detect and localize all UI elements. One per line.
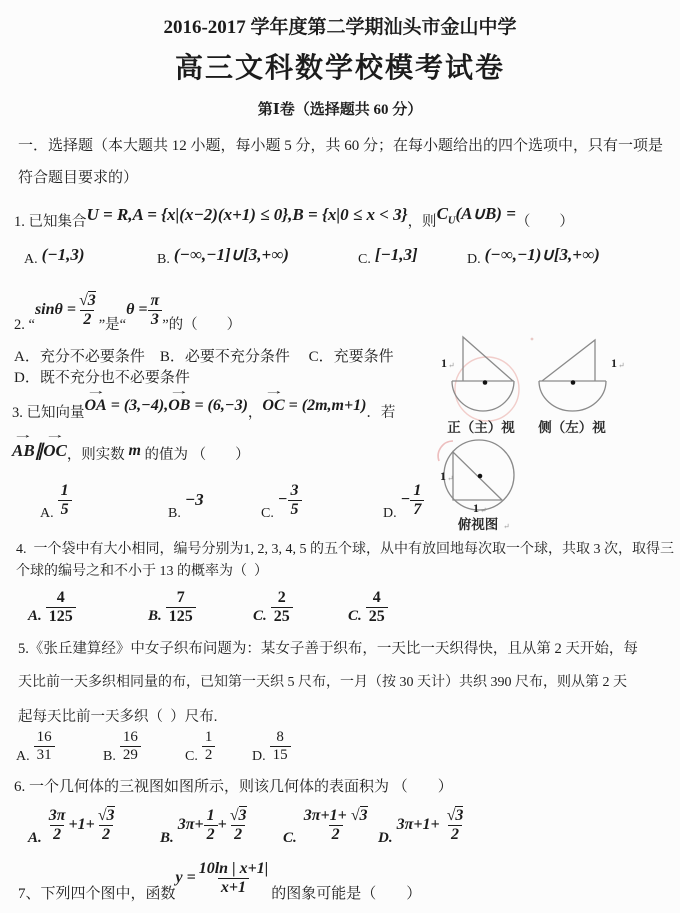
q5-option-a: A. 1631 xyxy=(16,727,55,765)
return-mark: ↵ xyxy=(503,522,510,531)
q1-set-formula: U = R,A = {x|(x−2)(x+1) ≤ 0},B = {x|0 ≤ … xyxy=(87,205,408,225)
three-view-svg: 1 ↵ 正（主）视 1 ↵ 侧（左）视 1 ↵ 1 ↵ 俯视图 ↵ xyxy=(432,328,644,540)
question-1-stem: 1. 已知集合 U = R,A = {x|(x−2)(x+1) ≤ 0},B =… xyxy=(14,198,574,232)
q6-option-b: B. 3π+ 12 + √32 xyxy=(160,803,250,847)
front-view-triangle xyxy=(463,337,513,381)
q6-option-d: D. 3π+1+ √32 xyxy=(378,803,466,847)
q2-theta-lhs: θ = xyxy=(126,301,147,319)
q5-option-b: B. 1629 xyxy=(103,727,141,765)
q4-option-c: C. 225 xyxy=(253,589,293,625)
question-3-stem: 3. 已知向量 →OA = (3,−4), →OB = (6,−3) ， →OC… xyxy=(12,389,395,423)
q7-lhs: y = xyxy=(176,869,196,887)
q5-option-d: D. 815 xyxy=(252,727,291,765)
q7-suffix: 的图象可能是（ ） xyxy=(271,882,421,904)
q3-variable-m: m xyxy=(128,442,140,460)
question-5-line3: 起每天比前一天多织（ ）尺布. xyxy=(18,705,217,726)
q4-option-b: B. 7125 xyxy=(148,589,196,625)
q3-parallel-formula: →AB∥→OC xyxy=(12,441,67,461)
radical-sign: √ xyxy=(351,807,360,824)
top-view-dim-left: 1 xyxy=(440,469,446,483)
q2-suffix: ”的（ ） xyxy=(162,313,241,335)
pen-mark-dot xyxy=(531,338,534,341)
section-heading: 第Ⅰ卷（选择题共 60 分） xyxy=(0,98,680,119)
question-6-options: A. 3π2 +1+ √32 B. 3π+ 12 + √32 C. 3π+1+ … xyxy=(0,803,680,847)
q1-subscript-u: U xyxy=(448,215,456,226)
q1-option-c: C.[−1,3] xyxy=(358,242,418,268)
q3-option-a: A. 15 xyxy=(40,478,72,522)
q2-prefix: 2. “ xyxy=(14,317,35,335)
vector-arrow-icon: → xyxy=(45,431,66,441)
q3-line2-text2: 的值为 （ ） xyxy=(141,443,250,464)
q2-mid: ”是“ xyxy=(99,313,126,335)
q3-option-c: C. − 35 xyxy=(261,478,302,522)
radical-sign: √ xyxy=(98,807,107,824)
q3-line2-text1: ，则实数 xyxy=(67,443,129,464)
front-view-label: 正（主）视 xyxy=(447,419,515,435)
q3-vector-oa: →OA = (3,−4), xyxy=(85,397,169,415)
q1-answer-paren: （ ） xyxy=(516,210,574,232)
top-view-label: 俯视图 xyxy=(458,516,499,532)
question-5-options: A. 1631 B. 1629 C. 12 D. 815 xyxy=(0,727,680,765)
question-2-options-line2: D．既不充分也不必要条件 xyxy=(14,366,190,387)
side-view-center-dot xyxy=(571,380,576,385)
q6-option-a: A. 3π2 +1+ √32 xyxy=(28,803,118,847)
question-6-stem: 6. 一个几何体的三视图如图所示，则该几何体的表面积为 （ ） xyxy=(14,775,453,796)
side-view-semicircle xyxy=(539,381,606,411)
q1-option-d: D.(−∞,−1)∪[3,+∞) xyxy=(467,242,600,268)
question-7-stem: 7、下列四个图中，函数 y = 10ln | x+1| x+1 的图象可能是（ … xyxy=(18,852,421,904)
q2-sin-lhs: sinθ = xyxy=(35,301,76,319)
q1-option-a: A.(−1,3) xyxy=(24,242,85,268)
q3-option-b: B. −3 xyxy=(168,478,204,522)
question-3-line2: →AB∥→OC ，则实数 m 的值为 （ ） xyxy=(12,439,250,463)
question-5-line2: 天比前一天多织相同量的布，已知第一天织 5 尺布，一月（按 30 天计）共织 3… xyxy=(18,671,627,691)
top-view-triangle xyxy=(453,452,502,500)
vector-arrow-icon: → xyxy=(169,387,190,397)
vector-arrow-icon: → xyxy=(263,387,284,397)
return-mark: ↵ xyxy=(447,474,454,483)
return-mark: ↵ xyxy=(448,361,455,370)
side-view-dim-label: 1 xyxy=(611,356,617,370)
side-view-triangle xyxy=(542,340,595,381)
q1-option-b: B.(−∞,−1]∪[3,+∞) xyxy=(157,242,289,268)
question-4-line2: 个球的编号之和不小于 13 的概率为（ ） xyxy=(16,560,268,580)
q1-mid: ，则 xyxy=(408,210,437,232)
instructions-line1: 一．选择题（本大题共 12 小题，每小题 5 分，共 60 分；在每小题给出的四… xyxy=(18,134,663,155)
top-view-dim-bottom: 1 xyxy=(473,501,479,515)
q1-complement-formula: CU(A∪B) = xyxy=(437,204,516,226)
q5-option-c: C. 12 xyxy=(185,727,215,765)
q3-post: ．若 xyxy=(366,401,395,423)
side-view-label: 侧（左）视 xyxy=(538,419,606,435)
q4-option-d: C. 425 xyxy=(348,589,388,625)
vector-arrow-icon: → xyxy=(13,431,34,441)
radical-sign: √ xyxy=(230,807,239,824)
q3-vector-oc: →OC = (2m,m+1) xyxy=(262,397,366,415)
question-1-options: A.(−1,3) B.(−∞,−1]∪[3,+∞) C.[−1,3] D.(−∞… xyxy=(0,242,680,268)
q7-prefix: 7、下列四个图中，函数 xyxy=(18,882,176,904)
q3-separator: ， xyxy=(248,401,263,423)
question-2-options-line1: A．充分不必要条件 B．必要不充分条件 C．充要条件 xyxy=(14,345,394,366)
school-line: 2016-2017 学年度第二学期汕头市金山中学 xyxy=(0,12,680,39)
question-5-line1: 5.《张丘建算经》中女子织布问题为：某女子善于织布，一天比一天织得快，且从第 2… xyxy=(18,637,638,658)
q3-option-d: D. − 17 xyxy=(383,478,424,522)
three-view-figure: 1 ↵ 正（主）视 1 ↵ 侧（左）视 1 ↵ 1 ↵ 俯视图 ↵ xyxy=(432,328,644,540)
instructions-line2: 符合题目要求的） xyxy=(18,166,138,187)
exam-title: 高三文科数学校模考试卷 xyxy=(0,46,680,86)
q1-prefix: 1. 已知集合 xyxy=(14,210,87,232)
q4-option-a: A. 4125 xyxy=(28,589,76,625)
question-4-line1: 4. 一个袋中有大小相同，编号分别为1, 2, 3, 4, 5 的五个球，从中有… xyxy=(16,538,674,558)
vector-arrow-icon: → xyxy=(85,387,106,397)
q3-vector-ob: →OB = (6,−3) xyxy=(168,397,248,415)
exam-page: 2016-2017 学年度第二学期汕头市金山中学 高三文科数学校模考试卷 第Ⅰ卷… xyxy=(0,0,680,913)
question-2-stem: 2. “ sinθ = √3 2 ”是“ θ = π 3 ”的（ ） xyxy=(14,285,241,335)
front-view-dim-label: 1 xyxy=(441,356,447,370)
front-view-center-dot xyxy=(483,380,488,385)
return-mark: ↵ xyxy=(618,361,625,370)
q3-prefix: 3. 已知向量 xyxy=(12,401,85,423)
top-view-center-dot xyxy=(478,474,483,479)
q2-sqrt3-over-2: √3 2 xyxy=(76,292,99,328)
pen-mark-arc xyxy=(438,441,453,461)
q7-fraction: 10ln | x+1| x+1 xyxy=(196,860,272,896)
question-4-options: A. 4125 B. 7125 C. 225 C. 425 xyxy=(0,589,680,625)
q6-option-c: C. 3π+1+ √32 xyxy=(283,803,371,847)
return-mark: ↵ xyxy=(480,506,487,515)
radical-sign: √ xyxy=(79,292,88,309)
q2-pi-over-3: π 3 xyxy=(148,292,163,328)
front-view-semicircle xyxy=(452,381,514,411)
